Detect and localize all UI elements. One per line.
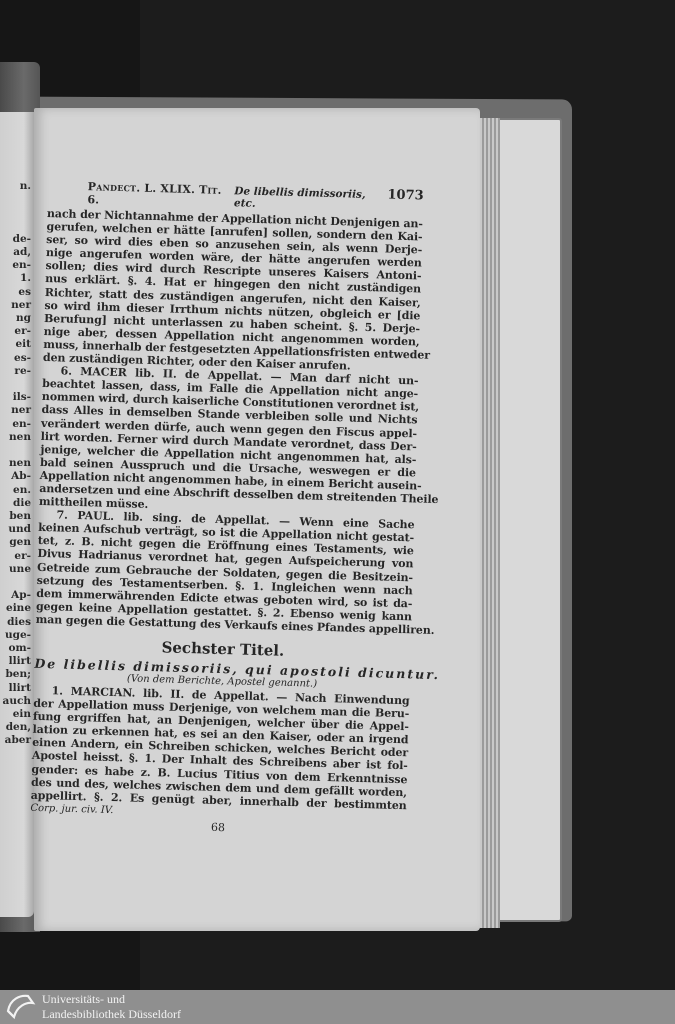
left-page-fragment: ng — [16, 312, 31, 325]
left-page-fragment: om- — [9, 642, 31, 655]
left-page-fragment: Ab- — [11, 470, 31, 483]
library-name-line1: Universitäts- und — [42, 992, 181, 1007]
left-page-fragment: eit — [15, 338, 31, 351]
running-head-title: Pandect. L. XLIX. Tit. 6. — [87, 180, 234, 210]
left-page-fragment: eine — [6, 602, 31, 615]
left-page-fragment: ben; — [5, 668, 31, 681]
library-logo-icon — [4, 993, 36, 1021]
running-head-italic: De libellis dimissoriis, etc. — [234, 185, 388, 213]
page-text: Pandect. L. XLIX. Tit. 6. De libellis di… — [30, 178, 424, 839]
left-page-fragment: re- — [14, 365, 31, 378]
left-page-fragment: ein — [13, 708, 31, 721]
left-page-fragment: une — [9, 563, 31, 576]
left-page-fragment: llirt — [9, 655, 31, 668]
left-page-fragment: uge- — [5, 629, 31, 642]
library-banner[interactable]: Universitäts- und Landesbibliothek Düsse… — [0, 990, 675, 1024]
footer-source: Corp. jur. civ. IV. — [30, 803, 113, 816]
left-page-fragment: auch — [3, 695, 31, 708]
left-page-fragment: 1. — [20, 272, 31, 285]
left-page-fragment: nen — [9, 457, 31, 470]
left-page-fragment: den, — [6, 721, 31, 734]
left-page-fragment: es — [18, 286, 31, 299]
left-page-fragment: es- — [14, 352, 31, 365]
library-name-line2: Landesbibliothek Düsseldorf — [42, 1007, 181, 1022]
body-text-1: nach der Nichtannahme der Appellation ni… — [35, 207, 423, 636]
page-edges — [478, 118, 500, 928]
left-page-fragment: ad, — [13, 246, 31, 259]
page-number: 1073 — [387, 187, 424, 203]
left-page-fragment: ner — [11, 299, 31, 312]
left-page-fragment: aber — [5, 734, 31, 747]
left-page-fragment: dies — [7, 616, 31, 629]
left-page-fragment: ils- — [13, 391, 31, 404]
left-page-fragment: Ap- — [11, 589, 31, 602]
left-page-fragment: llirt — [9, 682, 31, 695]
left-page-fragment: und — [8, 523, 31, 536]
left-page-fragment: gen — [9, 536, 31, 549]
left-page-fragment: en- — [12, 418, 31, 431]
left-page-fragment: ben — [9, 510, 31, 523]
facing-page-left: n.de-ad,en-1.esnernger-eites-re-ils-nere… — [0, 112, 34, 917]
left-page-fragment: en- — [12, 259, 31, 272]
left-page-fragment: die — [13, 497, 31, 510]
body-text-2: 1. MARCIAN. lib. II. de Appellat. — Nach… — [31, 684, 410, 812]
left-page-fragment: er- — [14, 325, 31, 338]
left-page-fragment: n. — [20, 180, 31, 193]
left-page-fragment: en. — [13, 484, 31, 497]
left-page-fragment: nen — [9, 431, 31, 444]
left-page-fragment: de- — [13, 233, 31, 246]
left-page-fragment: ner — [11, 404, 31, 417]
left-page-fragment: er- — [14, 550, 31, 563]
